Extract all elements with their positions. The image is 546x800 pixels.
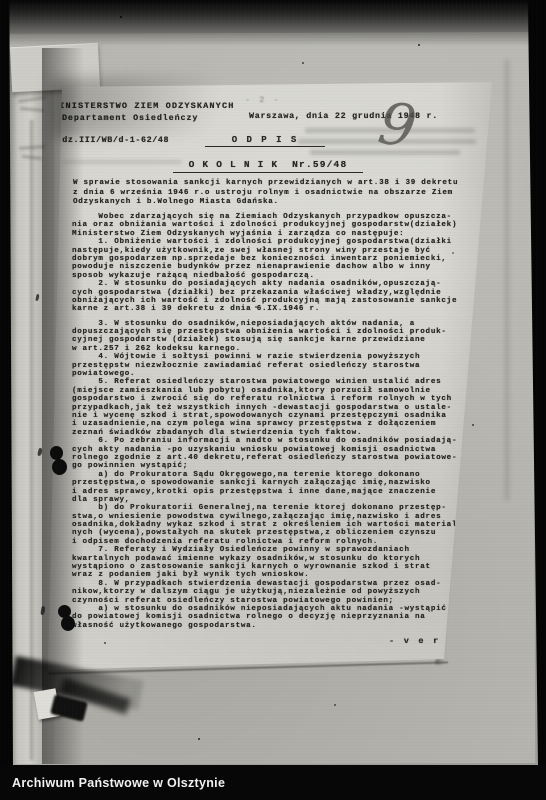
bleedthrough-smudge [62, 160, 182, 164]
circular-title: O K O L N I K Nr.59/48 [173, 159, 363, 173]
dust-specks [0, 0, 2, 2]
sender-org-name: MINISTERSTWO ZIEM ODZYSKANYCH [53, 101, 234, 111]
archive-photo: MINISTERSTWO ZIEM ODZYSKANYCH Departamen… [0, 0, 546, 800]
binding-hole [61, 616, 75, 631]
archive-caption: Archiwum Państwowe w Olsztynie [0, 776, 225, 790]
body-text: Wobec zdarzających się na Ziemiach Odzys… [72, 213, 463, 630]
page-curve-shadow [505, 60, 509, 500]
bleedthrough-smudge [305, 128, 475, 133]
ghost-page-number: - 2 - [245, 95, 281, 105]
sender-department: Departament Osiedleńczy [62, 113, 198, 123]
subject-paragraph: W sprawie stosowania sankcji karnych prz… [73, 179, 458, 208]
binding-hole [50, 446, 63, 460]
page-corner-fold [10, 43, 100, 93]
binding-hole [52, 459, 67, 475]
bleedthrough-smudge [298, 139, 476, 144]
top-vignette [0, 0, 546, 46]
caption-bar: Archiwum Państwowe w Olsztynie [0, 765, 546, 800]
bleedthrough-smudge [310, 150, 460, 155]
document-sheet: MINISTERSTWO ZIEM ODZYSKANYCH Departamen… [45, 80, 495, 672]
reference-number: L.dz.III/WB/d-1-62/48 [51, 135, 169, 145]
